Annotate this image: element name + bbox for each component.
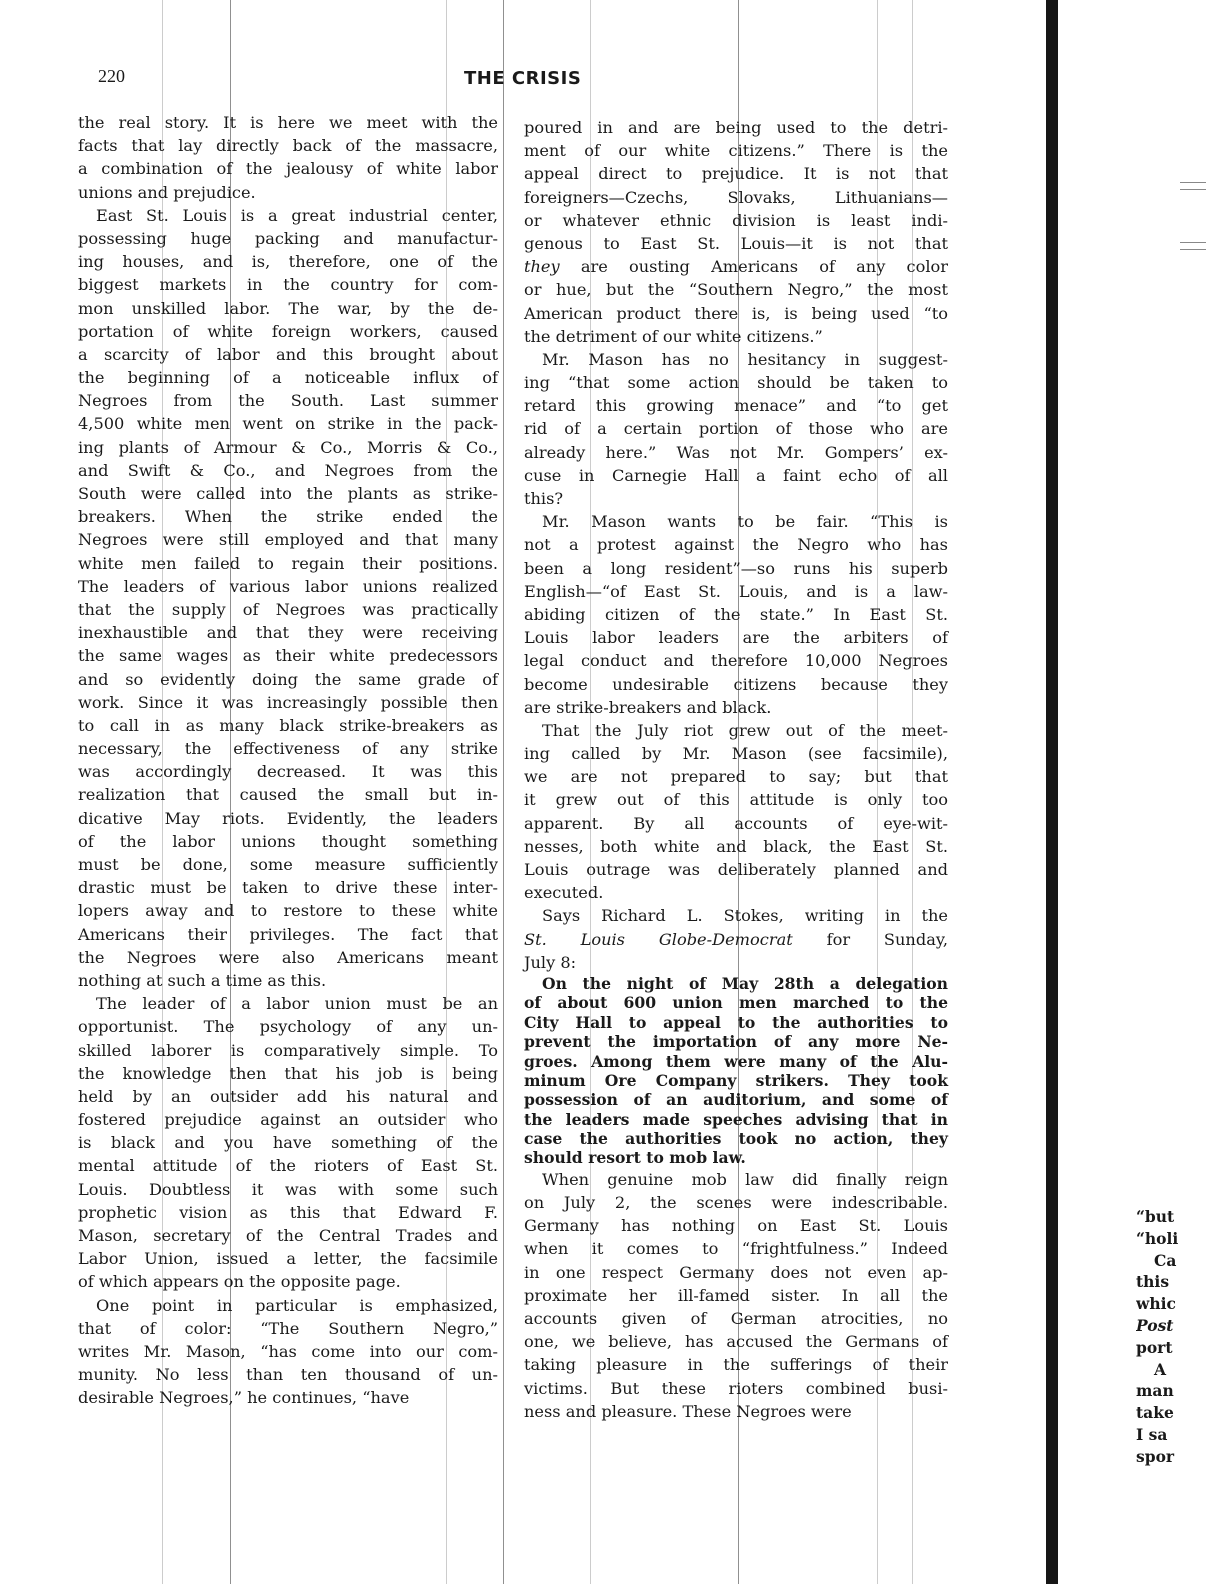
text-line: writes Mr. Mason, “has come into our com… [78,1340,498,1363]
text-line: or whatever ethnic division is least ind… [524,209,948,232]
text-line: victims. But these rioters combined busi… [524,1377,948,1400]
scan-line [503,0,504,1584]
text-line: When genuine mob law did finally reign [524,1168,948,1191]
text-line: Post [1136,1315,1224,1337]
text-line: ing plants of Armour & Co., Morris & Co.… [78,436,498,459]
text-line: is black and you have something of the [78,1131,498,1154]
text-line: Mr. Mason has no hesitancy in suggest- [524,348,948,371]
text-line: biggest markets in the country for com- [78,273,498,296]
text-line: whic [1136,1293,1224,1315]
text-line: The leader of a labor union must be an [78,992,498,1015]
text-line: nothing at such a time as this. [78,969,498,992]
text-line: Mr. Mason wants to be fair. “This is [524,510,948,533]
text-line: East St. Louis is a great industrial cen… [78,204,498,227]
text-line: Labor Union, issued a letter, the facsim… [78,1247,498,1270]
text-line: and so evidently doing the same grade of [78,668,498,691]
text-line: are strike-breakers and black. [524,696,948,719]
left-column: the real story. It is here we meet with … [78,111,498,1410]
text-line: Ca [1136,1250,1224,1272]
text-line: port [1136,1337,1224,1359]
text-line: rid of a certain portion of those who ar… [524,417,948,440]
text-line: held by an outsider add his natural and [78,1085,498,1108]
text-line: ing “that some action should be taken to [524,371,948,394]
text-line: I sa [1136,1424,1224,1446]
paragraph: When genuine mob law did finally reignon… [524,1168,948,1423]
text-line: Louis labor leaders are the arbiters of [524,626,948,649]
paragraph: That the July riot grew out of the meet-… [524,719,948,905]
text-line: a combination of the jealousy of white l… [78,157,498,180]
text-line: groes. Among them were many of the Alu- [524,1052,948,1071]
paragraph: poured in and are being used to the detr… [524,116,948,348]
text-line: of which appears on the opposite page. [78,1270,498,1293]
text-line: the Negroes were also Americans meant [78,946,498,969]
text-line: necessary, the effectiveness of any stri… [78,737,498,760]
text-line: one, we believe, has accused the Germans… [524,1330,948,1353]
text-line: accounts given of German atrocities, no [524,1307,948,1330]
text-line: skilled laborer is comparatively simple.… [78,1039,498,1062]
block-quote: On the night of May 28th a delegationof … [524,974,948,1168]
text-line: “holi [1136,1228,1224,1250]
text-line: and Swift & Co., and Negroes from the [78,459,498,482]
text-line: Says Richard L. Stokes, writing in the [524,904,948,927]
text-line: already here.” Was not Mr. Gompers’ ex- [524,441,948,464]
text-line: desirable Negroes,” he continues, “have [78,1386,498,1409]
text-line: munity. No less than ten thousand of un- [78,1363,498,1386]
text-line: the same wages as their white predecesso… [78,644,498,667]
text-line: dicative May riots. Evidently, the leade… [78,807,498,830]
text-line: the detriment of our white citizens.” [524,325,948,348]
text-line: been a long resident”—so runs his superb [524,557,948,580]
text-line: City Hall to appeal to the authorities t… [524,1013,948,1032]
text-line: minum Ore Company strikers. They took [524,1071,948,1090]
text-line: mon unskilled labor. The war, by the de- [78,297,498,320]
scan-smudge [1180,182,1206,190]
text-line: realization that caused the small but in… [78,783,498,806]
text-line: Negroes were still employed and that man… [78,528,498,551]
scan-smudge [1180,242,1206,250]
text-line: must be done, some measure sufficiently [78,853,498,876]
text-line: retard this growing menace” and “to get [524,394,948,417]
paragraph: Says Richard L. Stokes, writing in theSt… [524,904,948,974]
text-line: Americans their privileges. The fact tha… [78,923,498,946]
paragraph: Mr. Mason wants to be fair. “This isnot … [524,510,948,719]
text-line: possession of an auditorium, and some of [524,1090,948,1109]
text-line: prophetic vision as this that Edward F. [78,1201,498,1224]
text-line: Mason, secretary of the Central Trades a… [78,1224,498,1247]
text-line: abiding citizen of the state.” In East S… [524,603,948,626]
text-line: Louis outrage was deliberately planned a… [524,858,948,881]
text-line: legal conduct and therefore 10,000 Negro… [524,649,948,672]
text-line: A [1136,1359,1224,1381]
text-line: foreigners—Czechs, Slovaks, Lithuanians— [524,186,948,209]
text-line: On the night of May 28th a delegation [524,974,948,993]
text-line: appeal direct to prejudice. It is not th… [524,162,948,185]
paragraph: One point in particular is emphasized,th… [78,1294,498,1410]
text-line: fostered prejudice against an outsider w… [78,1108,498,1131]
text-line: become undesirable citizens because they [524,673,948,696]
text-line: that of color: “The Southern Negro,” [78,1317,498,1340]
text-line: to call in as many black strike-breakers… [78,714,498,737]
text-line: St. Louis Globe-Democrat for Sunday, [524,928,948,951]
text-line: unions and prejudice. [78,181,498,204]
text-line: it grew out of this attitude is only too [524,788,948,811]
text-line: this [1136,1271,1224,1293]
paragraph: East St. Louis is a great industrial cen… [78,204,498,992]
text-line: spor [1136,1446,1224,1468]
text-line: when it comes to “frightfulness.” Indeed [524,1237,948,1260]
text-line: ing houses, and is, therefore, one of th… [78,250,498,273]
page-gutter-shadow [1046,0,1058,1584]
text-line: South were called into the plants as str… [78,482,498,505]
text-line: not a protest against the Negro who has [524,533,948,556]
text-line: drastic must be taken to drive these int… [78,876,498,899]
paragraph: Mr. Mason has no hesitancy in suggest-in… [524,348,948,510]
text-line: taking pleasure in the sufferings of the… [524,1353,948,1376]
text-line: the real story. It is here we meet with … [78,111,498,134]
text-line: the beginning of a noticeable influx of [78,366,498,389]
text-line: Louis. Doubtless it was with some such [78,1178,498,1201]
text-line: ing called by Mr. Mason (see facsimile), [524,742,948,765]
text-line: of about 600 union men marched to the [524,993,948,1012]
text-line: in one respect Germany does not even ap- [524,1261,948,1284]
text-line: apparent. By all accounts of eye-wit- [524,812,948,835]
text-line: the leaders made speeches advising that … [524,1110,948,1129]
text-line: ment of our white citizens.” There is th… [524,139,948,162]
text-line: One point in particular is emphasized, [78,1294,498,1317]
text-line: on July 2, the scenes were indescribable… [524,1191,948,1214]
right-column: poured in and are being used to the detr… [524,116,948,1423]
text-line: man [1136,1380,1224,1402]
text-line: work. Since it was increasingly possible… [78,691,498,714]
text-line: we are not prepared to say; but that [524,765,948,788]
text-line: facts that lay directly back of the mass… [78,134,498,157]
page-number: 220 [98,66,125,87]
text-line: lopers away and to restore to these whit… [78,899,498,922]
text-line: American product there is, is being used… [524,302,948,325]
text-line: they are ousting Americans of any color [524,255,948,278]
text-line: possessing huge packing and manufactur- [78,227,498,250]
text-line: nesses, both white and black, the East S… [524,835,948,858]
text-line: July 8: [524,951,948,974]
text-line: 4,500 white men went on strike in the pa… [78,412,498,435]
text-line: cuse in Carnegie Hall a faint echo of al… [524,464,948,487]
text-line: that the supply of Negroes was practical… [78,598,498,621]
text-line: “but [1136,1206,1224,1228]
text-line: inexhaustible and that they were receivi… [78,621,498,644]
running-head: THE CRISIS [464,68,581,89]
text-line: or hue, but the “Southern Negro,” the mo… [524,278,948,301]
text-line: Germany has nothing on East St. Louis [524,1214,948,1237]
text-line: mental attitude of the rioters of East S… [78,1154,498,1177]
text-line: executed. [524,881,948,904]
text-line: breakers. When the strike ended the [78,505,498,528]
text-line: was accordingly decreased. It was this [78,760,498,783]
text-line: poured in and are being used to the detr… [524,116,948,139]
text-line: genous to East St. Louis—it is not that [524,232,948,255]
text-line: of the labor unions thought something [78,830,498,853]
text-line: portation of white foreign workers, caus… [78,320,498,343]
text-line: should resort to mob law. [524,1148,948,1167]
next-page-fragment: “but“holiCathiswhicPostportAmantakeI sas… [1136,1206,1224,1468]
text-line: English—“of East St. Louis, and is a law… [524,580,948,603]
text-line: The leaders of various labor unions real… [78,575,498,598]
text-line: opportunist. The psychology of any un- [78,1015,498,1038]
text-line: That the July riot grew out of the meet- [524,719,948,742]
text-line: this? [524,487,948,510]
paragraph: the real story. It is here we meet with … [78,111,498,204]
text-line: white men failed to regain their positio… [78,552,498,575]
paragraph: The leader of a labor union must be anop… [78,992,498,1293]
text-line: the knowledge then that his job is being [78,1062,498,1085]
text-line: prevent the importation of any more Ne- [524,1032,948,1051]
text-line: a scarcity of labor and this brought abo… [78,343,498,366]
text-line: Negroes from the South. Last summer [78,389,498,412]
text-line: case the authorities took no action, the… [524,1129,948,1148]
text-line: ness and pleasure. These Negroes were [524,1400,948,1423]
text-line: proximate her ill-famed sister. In all t… [524,1284,948,1307]
text-line: take [1136,1402,1224,1424]
